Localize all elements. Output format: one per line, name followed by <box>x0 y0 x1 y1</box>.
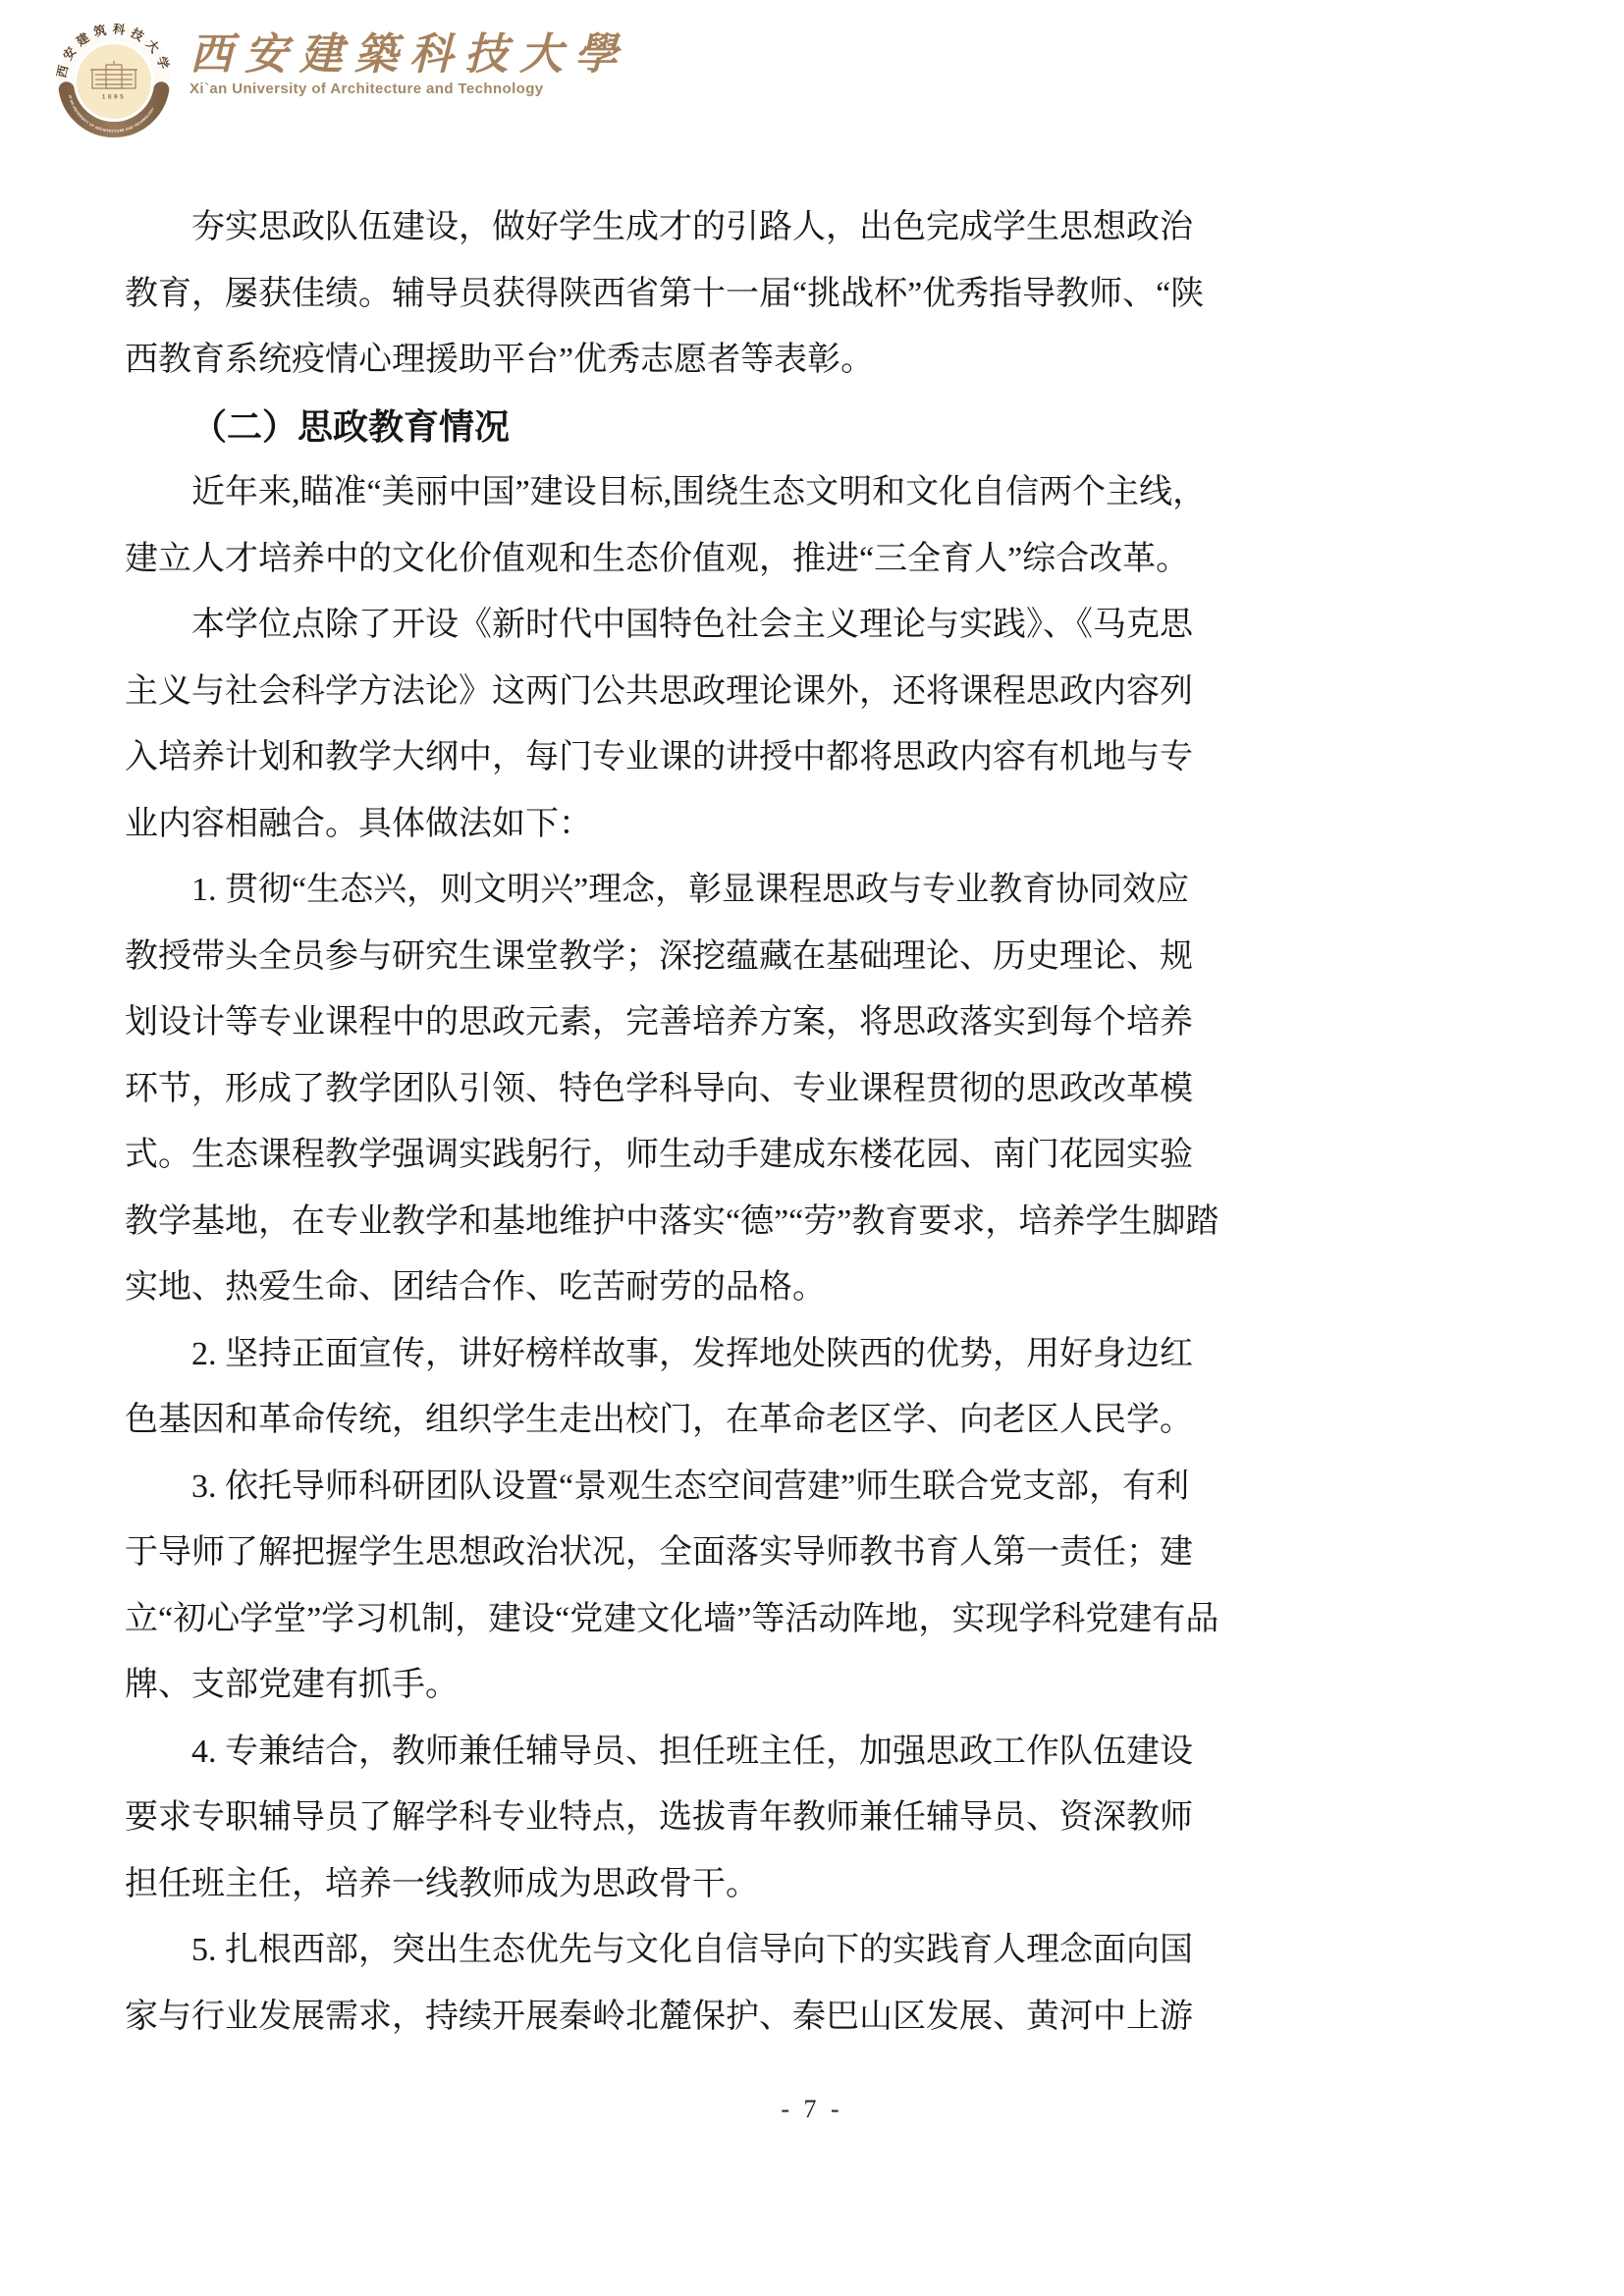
text-line: 夯实思政队伍建设，做好学生成才的引路人，出色完成学生思想政治 <box>125 194 1505 261</box>
page-number: - 7 - <box>0 2095 1624 2124</box>
text-line: 式。生态课程教学强调实践躬行，师生动手建成东楼花园、南门花园实验 <box>125 1122 1505 1189</box>
text-line: 本学位点除了开设《新时代中国特色社会主义理论与实践》、《马克思 <box>125 592 1505 659</box>
text-line: 西教育系统疫情心理援助平台”优秀志愿者等表彰。 <box>125 327 1505 394</box>
text-line: 划设计等专业课程中的思政元素，完善培养方案，将思政落实到每个培养 <box>125 989 1505 1056</box>
document-page: 1895 西安建筑科技大学 XI'AN UNIVERSITY OF ARCHIT… <box>0 0 1624 2296</box>
text-line: 色基因和革命传统，组织学生走出校门，在革命老区学、向老区人民学。 <box>125 1387 1505 1454</box>
text-line: 3. 依托导师科研团队设置“景观生态空间营建”师生联合党支部，有利 <box>125 1454 1505 1521</box>
text-line: 环节，形成了教学团队引领、特色学科导向、专业课程贯彻的思政改革模 <box>125 1056 1505 1123</box>
text-line: 4. 专兼结合，教师兼任辅导员、担任班主任，加强思政工作队伍建设 <box>125 1719 1505 1786</box>
document-lines: 夯实思政队伍建设，做好学生成才的引路人，出色完成学生思想政治教育，屡获佳绩。辅导… <box>125 194 1505 2050</box>
text-line: 业内容相融合。具体做法如下： <box>125 791 1505 858</box>
text-line: 实地、热爱生命、团结合作、吃苦耐劳的品格。 <box>125 1255 1505 1321</box>
text-line: 担任班主任，培养一线教师成为思政骨干。 <box>125 1851 1505 1918</box>
text-line: 近年来,瞄准“美丽中国”建设目标,围绕生态文明和文化自信两个主线， <box>125 459 1505 526</box>
text-line: 教育，屡获佳绩。辅导员获得陕西省第十一届“挑战杯”优秀指导教师、“陕 <box>125 261 1505 328</box>
text-line: 立“初心学堂”学习机制，建设“党建文化墙”等活动阵地，实现学科党建有品 <box>125 1586 1505 1653</box>
text-line: 于导师了解把握学生思想政治状况，全面落实导师教书育人第一责任；建 <box>125 1520 1505 1586</box>
text-line: 1. 贯彻“生态兴，则文明兴”理念，彰显课程思政与专业教育协同效应 <box>125 857 1505 924</box>
text-line: 5. 扎根西部，突出生态优先与文化自信导向下的实践育人理念面向国 <box>125 1917 1505 1984</box>
text-line: 家与行业发展需求，持续开展秦岭北麓保护、秦巴山区发展、黄河中上游 <box>125 1984 1505 2051</box>
text-line: 教授带头全员参与研究生课堂教学；深挖蕴藏在基础理论、历史理论、规 <box>125 924 1505 990</box>
text-line: 牌、支部党建有抓手。 <box>125 1652 1505 1719</box>
text-line: 要求专职辅导员了解学科专业特点，选拔青年教师兼任辅导员、资深教师 <box>125 1785 1505 1851</box>
university-name-english: Xi`an University of Architecture and Tec… <box>189 80 629 97</box>
university-seal-logo: 1895 西安建筑科技大学 XI'AN UNIVERSITY OF ARCHIT… <box>56 24 172 139</box>
university-wordmark: 西安建築科技大學 Xi`an University of Architectur… <box>189 31 629 97</box>
seal-year: 1895 <box>102 94 126 101</box>
university-name-chinese: 西安建築科技大學 <box>189 31 629 79</box>
text-line: 教学基地，在专业教学和基地维护中落实“德”“劳”教育要求，培养学生脚踏 <box>125 1189 1505 1255</box>
text-line: 入培养计划和教学大纲中，每门专业课的讲授中都将思政内容有机地与专 <box>125 724 1505 791</box>
seal-inner-disc <box>77 44 151 119</box>
section-heading: （二）思政教育情况 <box>125 394 1505 460</box>
text-line: 建立人才培养中的文化价值观和生态价值观，推进“三全育人”综合改革。 <box>125 526 1505 593</box>
text-line: 主义与社会科学方法论》这两门公共思政理论课外，还将课程思政内容列 <box>125 659 1505 725</box>
text-line: 2. 坚持正面宣传，讲好榜样故事，发挥地处陕西的优势，用好身边红 <box>125 1321 1505 1388</box>
